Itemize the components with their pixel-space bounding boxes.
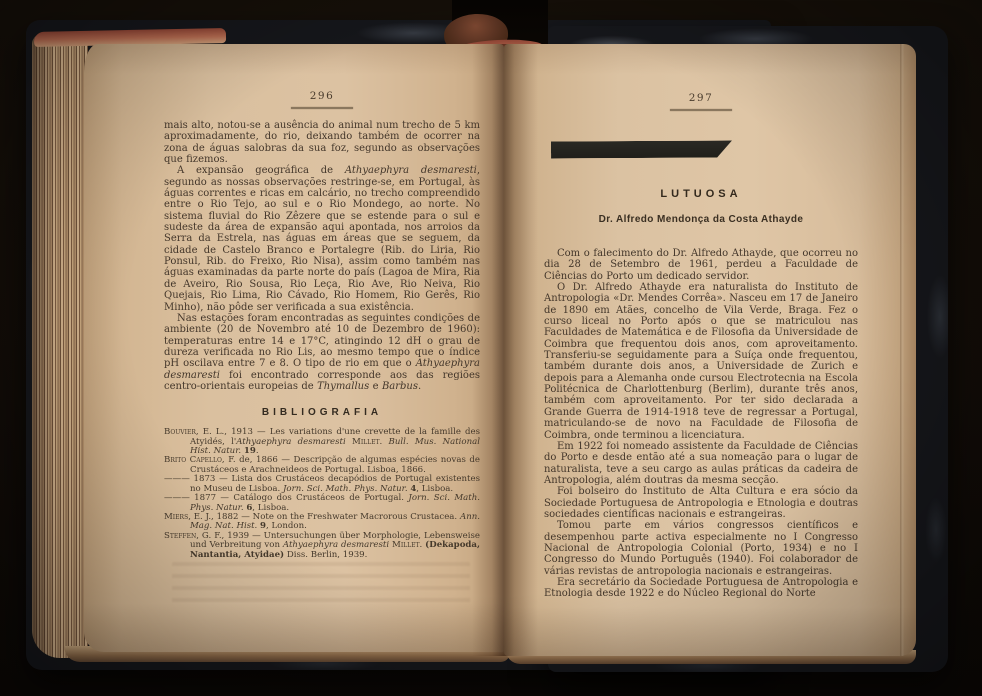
bibliography-heading: BIBLIOGRAFIA	[164, 407, 480, 418]
body-paragraph: Era secretário da Sociedade Portuguesa d…	[544, 577, 858, 600]
left-page-number-rule	[291, 107, 353, 109]
body-paragraph: Tomou parte em vários congressos científ…	[544, 520, 858, 577]
right-page-body: Com o falecimento do Dr. Alfredo Athayde…	[544, 248, 858, 600]
redaction-bar	[551, 141, 732, 159]
body-paragraph: Foi bolseiro do Instituto de Alta Cultur…	[544, 486, 858, 520]
body-paragraph: mais alto, notou-se a ausência do animal…	[164, 120, 480, 165]
body-paragraph: A expansão geográfica de Athyaephyra des…	[164, 165, 480, 312]
bibliography-entry: Steffen, G. F., 1939 — Untersuchungen üb…	[164, 532, 480, 560]
right-page: 297 LUTUOSA Dr. Alfredo Mendonça da Cost…	[504, 44, 916, 656]
body-paragraph: Em 1922 foi nomeado assistente da Faculd…	[544, 441, 858, 486]
obituary-heading: LUTUOSA	[544, 188, 858, 200]
bibliography-list: Bouvier, E. L., 1913 — Les variations d'…	[164, 428, 480, 560]
obituary-subject: Dr. Alfredo Mendonça da Costa Athayde	[544, 214, 858, 225]
ink-bleed-through	[172, 562, 470, 604]
bibliography-entry: Brito Capello, F. de, 1866 — Descripção …	[164, 456, 480, 475]
left-page-number: 296	[164, 90, 480, 102]
bibliography-entry: Bouvier, E. L., 1913 — Les variations d'…	[164, 428, 480, 456]
right-page-number-rule	[670, 109, 732, 111]
page-stack-fore-edge	[32, 34, 88, 658]
body-paragraph: Com o falecimento do Dr. Alfredo Athayde…	[544, 248, 858, 282]
book-photo: 296 mais alto, notou-se a ausência do an…	[0, 0, 982, 696]
left-page: 296 mais alto, notou-se a ausência do an…	[84, 44, 504, 652]
right-page-number: 297	[544, 92, 858, 104]
left-page-content: mais alto, notou-se a ausência do animal…	[164, 120, 480, 560]
bibliography-entry: ——— 1873 — Lista dos Crustáceos decapódi…	[164, 475, 480, 494]
page-fold-crease	[900, 44, 904, 656]
left-page-body: mais alto, notou-se a ausência do animal…	[164, 120, 480, 392]
body-paragraph: Nas estações foram encontradas as seguin…	[164, 313, 480, 392]
bibliography-entry: Miers, E. J., 1882 — Note on the Freshwa…	[164, 513, 480, 532]
body-paragraph: O Dr. Alfredo Athayde era naturalista do…	[544, 282, 858, 441]
bibliography-entry: ——— 1877 — Catálogo dos Crustáceos de Po…	[164, 494, 480, 513]
